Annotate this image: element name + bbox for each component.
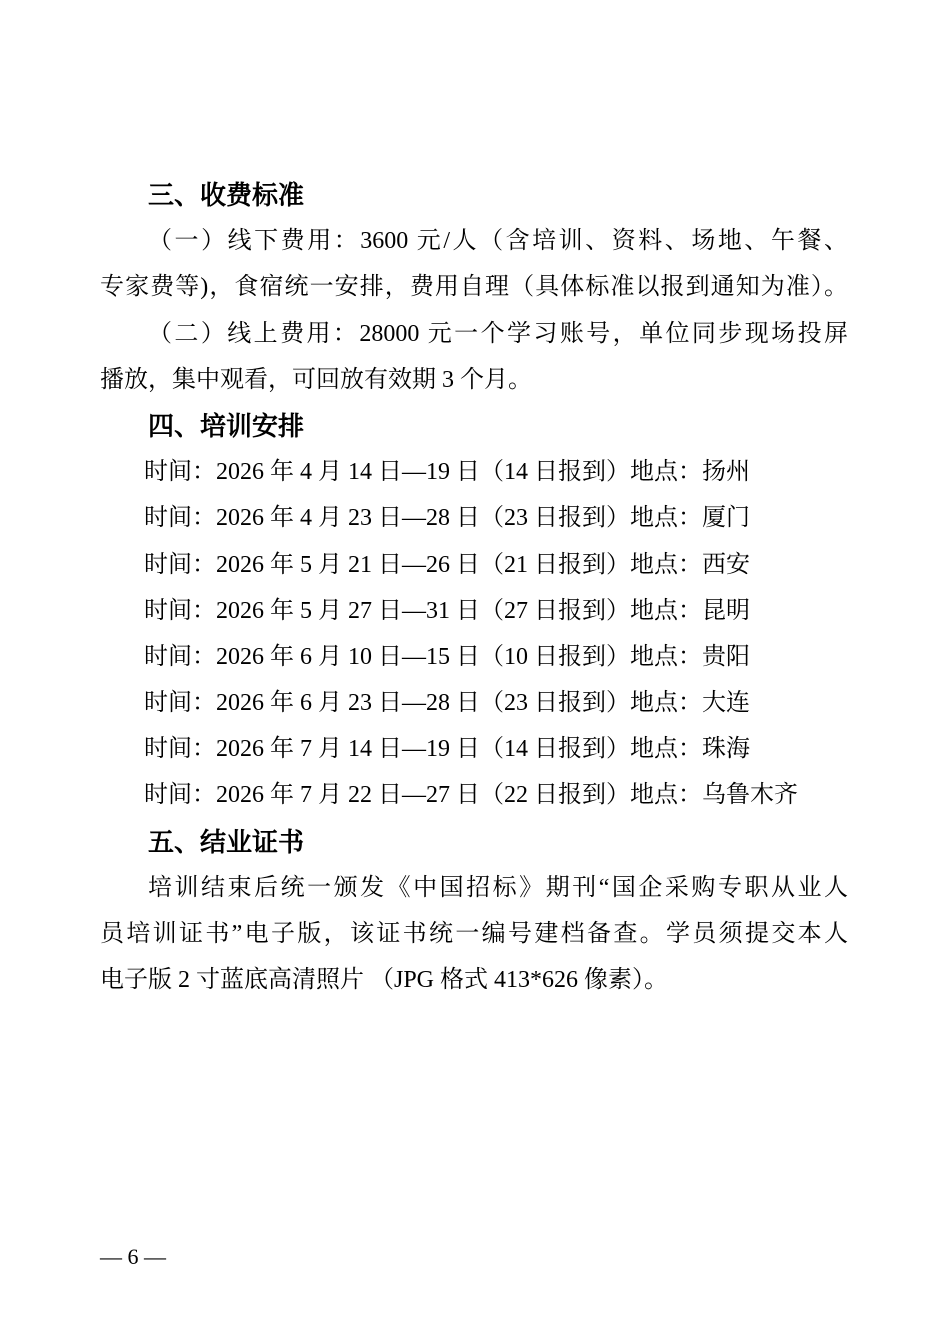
schedule-line-zhuhai: 时间：2026 年 7 月 14 日—19 日（14 日报到）地点：珠海 [100,726,848,772]
paragraph-certificate-line3: 电子版 2 寸蓝底高清照片 （JPG 格式 413*626 像素）。 [100,957,848,1003]
paragraph-certificate-line1: 培训结束后统一颁发《中国招标》期刊“国企采购专职从业人 [100,865,848,911]
section-heading-fees: 三、收费标准 [100,172,848,218]
schedule-line-guiyang: 时间：2026 年 6 月 10 日—15 日（10 日报到）地点：贵阳 [100,634,848,680]
schedule-line-xian: 时间：2026 年 5 月 21 日—26 日（21 日报到）地点：西安 [100,542,848,588]
paragraph-offline-fee-line1: （一）线下费用：3600 元/人（含培训、资料、场地、午餐、 [100,218,848,264]
paragraph-offline-fee-line2: 专家费等)，食宿统一安排，费用自理（具体标准以报到通知为准）。 [100,264,848,310]
schedule-line-xiamen: 时间：2026 年 4 月 23 日—28 日（23 日报到）地点：厦门 [100,495,848,541]
document-body: 三、收费标准 （一）线下费用：3600 元/人（含培训、资料、场地、午餐、 专家… [100,172,848,1003]
schedule-line-kunming: 时间：2026 年 5 月 27 日—31 日（27 日报到）地点：昆明 [100,588,848,634]
section-heading-certificate: 五、结业证书 [100,819,848,865]
section-heading-schedule: 四、培训安排 [100,403,848,449]
schedule-line-urumqi: 时间：2026 年 7 月 22 日—27 日（22 日报到）地点：乌鲁木齐 [100,772,848,818]
paragraph-online-fee-line2: 播放，集中观看，可回放有效期 3 个月。 [100,357,848,403]
document-page: 三、收费标准 （一）线下费用：3600 元/人（含培训、资料、场地、午餐、 专家… [0,0,943,1341]
paragraph-certificate-line2: 员培训证书”电子版，该证书统一编号建档备查。学员须提交本人 [100,911,848,957]
page-number-footer: — 6 — [100,1242,166,1272]
schedule-line-dalian: 时间：2026 年 6 月 23 日—28 日（23 日报到）地点：大连 [100,680,848,726]
schedule-line-yangzhou: 时间：2026 年 4 月 14 日—19 日（14 日报到）地点：扬州 [100,449,848,495]
paragraph-online-fee-line1: （二）线上费用：28000 元一个学习账号，单位同步现场投屏 [100,311,848,357]
